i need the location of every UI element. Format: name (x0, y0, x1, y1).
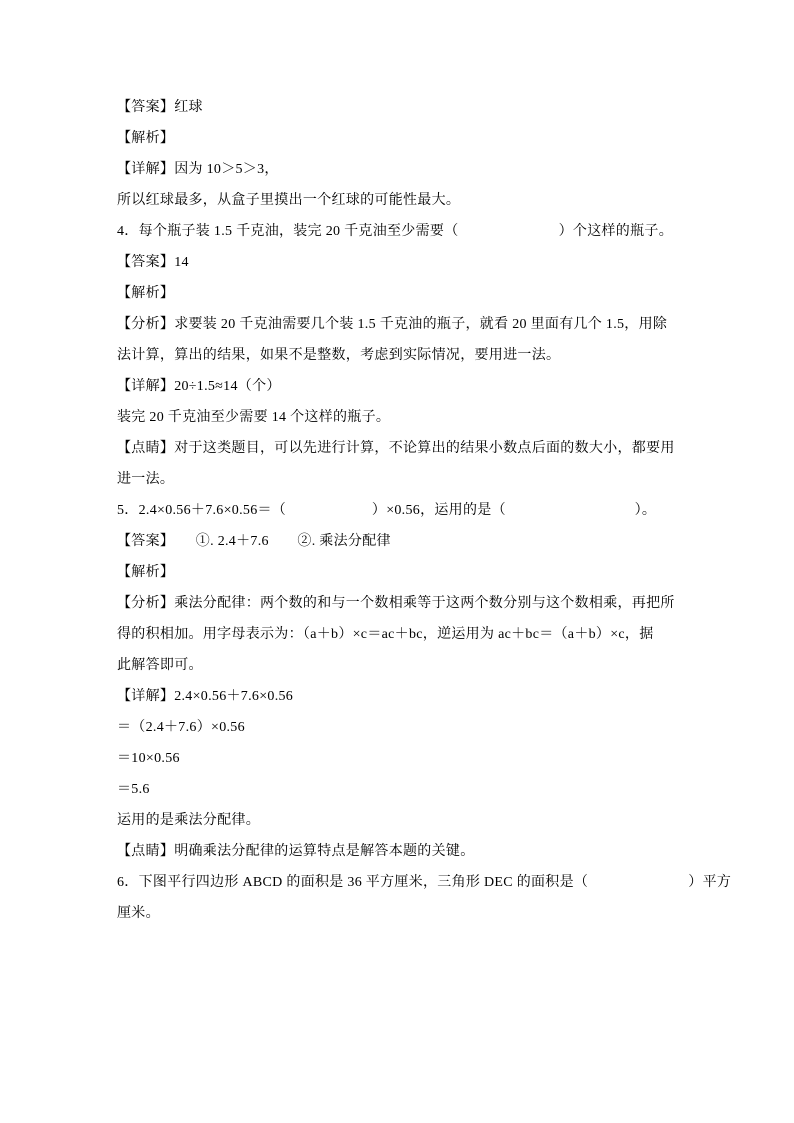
q4-xiangjie-line: 【详解】20÷1.5≈14（个） (117, 371, 717, 402)
document-page: 【答案】红球 【解析】 【详解】因为 10＞5＞3， 所以红球最多，从盒子里摸出… (117, 92, 717, 929)
q5-xiangjie-step-1: ＝（2.4＋7.6）×0.56 (117, 712, 717, 743)
q6-question-line-2: 厘米。 (117, 898, 717, 929)
q4-fenxi-line-1: 【分析】求要装 20 千克油需要几个装 1.5 千克油的瓶子，就看 20 里面有… (117, 309, 717, 340)
q4-question-line: 4．每个瓶子装 1.5 千克油，装完 20 千克油至少需要（ ）个这样的瓶子。 (117, 216, 717, 247)
q4-answer-line: 【答案】14 (117, 247, 717, 278)
q3-answer-line: 【答案】红球 (117, 92, 717, 123)
q5-question-line: 5．2.4×0.56＋7.6×0.56＝（ ）×0.56，运用的是（ ）。 (117, 495, 717, 526)
q5-jiexi-label: 【解析】 (117, 557, 717, 588)
q5-xiangjie-step-3: ＝5.6 (117, 774, 717, 805)
q5-fenxi-line-3: 此解答即可。 (117, 650, 717, 681)
q3-xiangjie-line: 【详解】因为 10＞5＞3， (117, 154, 717, 185)
q5-xiangjie-step-2: ＝10×0.56 (117, 743, 717, 774)
q4-xiangjie-cont-line: 装完 20 千克油至少需要 14 个这样的瓶子。 (117, 402, 717, 433)
q4-jiexi-label: 【解析】 (117, 278, 717, 309)
q4-dianjing-line-2: 进一法。 (117, 464, 717, 495)
q4-fenxi-line-2: 法计算，算出的结果，如果不是整数，考虑到实际情况，要用进一法。 (117, 340, 717, 371)
q5-xiangjie-conclusion: 运用的是乘法分配律。 (117, 805, 717, 836)
q5-dianjing-line: 【点睛】明确乘法分配律的运算特点是解答本题的关键。 (117, 836, 717, 867)
q5-fenxi-line-1: 【分析】乘法分配律：两个数的和与一个数相乘等于这两个数分别与这个数相乘，再把所 (117, 588, 717, 619)
q5-fenxi-line-2: 得的积相加。用字母表示为：（a＋b）×c＝ac＋bc，逆运用为 ac＋bc＝（a… (117, 619, 717, 650)
q3-jiexi-label: 【解析】 (117, 123, 717, 154)
q4-dianjing-line-1: 【点睛】对于这类题目，可以先进行计算，不论算出的结果小数点后面的数大小，都要用 (117, 433, 717, 464)
q5-answer-line: 【答案】 ①. 2.4＋7.6 ②. 乘法分配律 (117, 526, 717, 557)
q3-xiangjie-cont-line: 所以红球最多，从盒子里摸出一个红球的可能性最大。 (117, 185, 717, 216)
q6-question-line-1: 6．下图平行四边形 ABCD 的面积是 36 平方厘米，三角形 DEC 的面积是… (117, 867, 717, 898)
q5-xiangjie-expression-line: 【详解】2.4×0.56＋7.6×0.56 (117, 681, 717, 712)
